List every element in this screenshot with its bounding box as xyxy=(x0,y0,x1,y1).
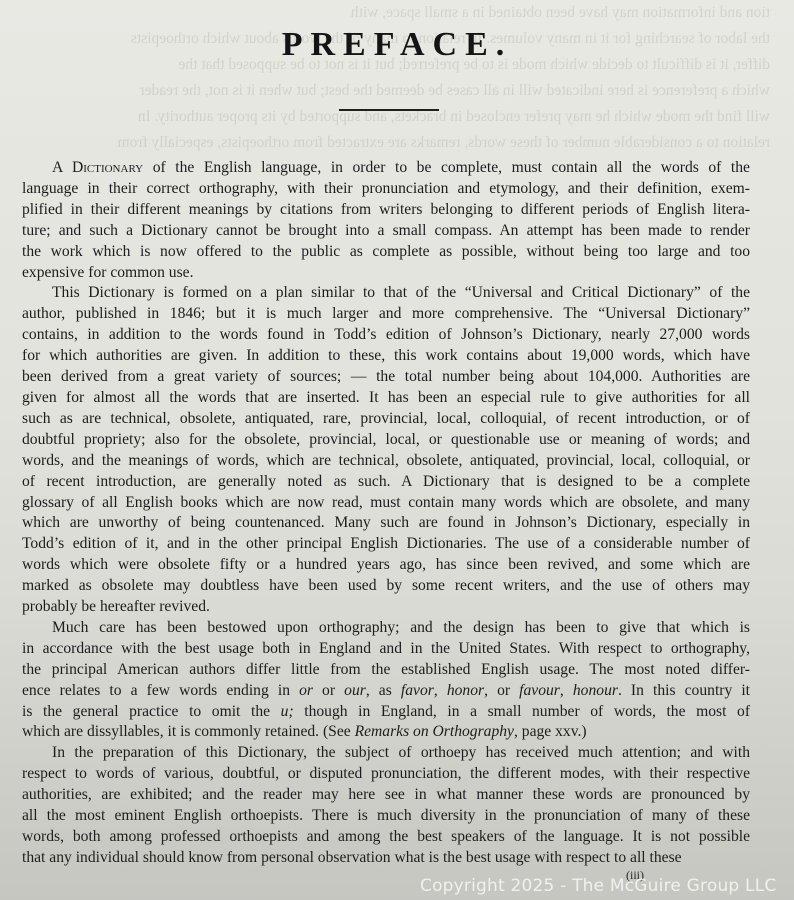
text-line: that any individual should know from per… xyxy=(22,848,750,869)
text-line: Much care has been bestowed upon orthogr… xyxy=(22,618,750,639)
book-page: PREFACE. A Dictionary of the English lan… xyxy=(0,0,794,900)
text-line: words, both among professed orthoepists … xyxy=(22,827,750,848)
text-line: This Dictionary is formed on a plan simi… xyxy=(22,283,750,304)
text-line: ture; and such a Dictionary cannot be br… xyxy=(22,221,750,242)
text-line: respect to words of various, doubtful, o… xyxy=(22,764,750,785)
text-line: probably be hereafter revived. xyxy=(22,597,750,618)
text-line: In the preparation of this Dictionary, t… xyxy=(22,743,750,764)
text-line: words, and the meanings of words, which … xyxy=(22,451,750,472)
copyright-watermark: Copyright 2025 - The McGuire Group LLC xyxy=(420,876,776,896)
text-line: authorities, are exhibited; and the read… xyxy=(22,785,750,806)
title-rule-divider xyxy=(339,109,439,111)
text-line: language in their correct orthography, w… xyxy=(22,179,750,200)
text-line: given for almost all the words that are … xyxy=(22,388,750,409)
text-line: the work which is now offered to the pub… xyxy=(22,242,750,263)
text-line: expensive for common use. xyxy=(22,263,750,284)
text-line: doubtful propriety; also for the obsolet… xyxy=(22,430,750,451)
paragraph: Much care has been bestowed upon orthogr… xyxy=(22,618,750,743)
text-line: which are dissyllables, it is commonly r… xyxy=(22,722,750,743)
text-line: author, published in 1846; but it is muc… xyxy=(22,304,750,325)
text-line: for which authorities are given. In addi… xyxy=(22,346,750,367)
text-line: been derived from a great variety of sou… xyxy=(22,367,750,388)
text-line: all the most eminent English orthoepists… xyxy=(22,806,750,827)
text-line: words which were obsolete fifty or a hun… xyxy=(22,555,750,576)
text-line: of recent introduction, are generally no… xyxy=(22,472,750,493)
paragraph: A Dictionary of the English language, in… xyxy=(22,158,750,283)
text-line: the principal American authors differ li… xyxy=(22,660,750,681)
text-line: in accordance with the best usage both i… xyxy=(22,639,750,660)
text-line: marked as obsolete may doubtless have be… xyxy=(22,576,750,597)
text-line: A Dictionary of the English language, in… xyxy=(22,158,750,179)
text-line: is the general practice to omit the u; t… xyxy=(22,702,750,723)
preface-body: A Dictionary of the English language, in… xyxy=(22,158,750,869)
text-line: ence relates to a few words ending in or… xyxy=(22,681,750,702)
paragraph: In the preparation of this Dictionary, t… xyxy=(22,743,750,868)
page-title: PREFACE. xyxy=(0,26,794,64)
text-line: such as are technical, obsolete, antiqua… xyxy=(22,409,750,430)
text-line: plified in their different meanings by c… xyxy=(22,200,750,221)
text-line: glossary of all English books which are … xyxy=(22,493,750,514)
text-line: which are unworthy of being countenanced… xyxy=(22,513,750,534)
text-line: Todd’s edition of it, and in the other p… xyxy=(22,534,750,555)
text-line: contains, in addition to the words found… xyxy=(22,325,750,346)
paragraph: This Dictionary is formed on a plan simi… xyxy=(22,283,750,618)
